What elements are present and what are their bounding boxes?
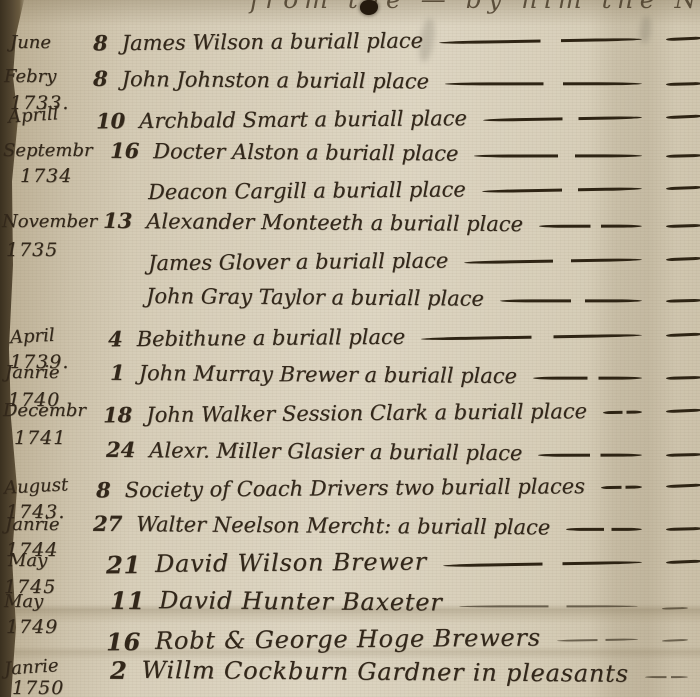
- entry-day: 4: [108, 328, 123, 350]
- margin-dash: [666, 333, 700, 338]
- trailing-dash: [533, 377, 642, 380]
- margin-dash: [666, 560, 700, 565]
- register-entry: 16 Robt & George Hoge Brewers: [106, 625, 644, 655]
- entry-day: 24: [106, 439, 135, 461]
- trailing-dash: [500, 299, 642, 302]
- register-entry: James Glover a buriall place: [148, 248, 648, 274]
- entry-text: Society of Coach Drivers two buriall pla…: [125, 475, 585, 501]
- margin-dash: [666, 484, 700, 489]
- margin-dash: [666, 257, 700, 262]
- entry-day: 10: [96, 110, 125, 132]
- trailing-dash: [483, 116, 642, 122]
- margin-dash: [666, 453, 700, 457]
- entry-year: 1750: [12, 677, 64, 697]
- register-entry: 24 Alexr. Miller Glasier a buriall place: [106, 439, 648, 465]
- register-entry: 2 Willm Cockburn Gardner in pleasants: [110, 658, 694, 688]
- entry-text: John Gray Taylor a buriall place: [146, 285, 484, 310]
- register-entry: 13 Alexander Monteeth a buriall place: [103, 210, 648, 236]
- trailing-dash: [566, 528, 642, 531]
- margin-dash: [666, 82, 700, 86]
- trailing-dash: [482, 187, 642, 193]
- register-entry: 10 Archbald Smart a buriall place: [96, 106, 648, 133]
- register-entry: 8 John Johnston a buriall place: [93, 68, 648, 94]
- trailing-dash: [459, 605, 638, 607]
- trailing-dash: [603, 411, 642, 415]
- entry-text: Willm Cockburn Gardner in pleasants: [141, 658, 628, 687]
- entry-year: 1741: [14, 427, 66, 449]
- margin-dash: [666, 409, 700, 414]
- entry-year: 1739.: [10, 351, 69, 373]
- register-entry: 16 Docter Alston a buriall place: [110, 140, 648, 166]
- register-entry: 21 David Wilson Brewer: [106, 548, 648, 578]
- entry-year: 1735: [6, 239, 58, 261]
- register-entry: 8 Society of Coach Drivers two buriall p…: [96, 475, 648, 502]
- entry-text: John Walker Session Clark a buriall plac…: [146, 400, 587, 426]
- trailing-dash: [645, 676, 688, 678]
- margin-dash: [666, 154, 700, 158]
- partial-top-line: from the — by him the No 6: [250, 0, 700, 14]
- trailing-dash: [464, 258, 642, 264]
- entry-day: 8: [93, 68, 108, 90]
- trailing-dash: [439, 38, 642, 45]
- trailing-dash: [538, 454, 642, 457]
- entry-year: 1749: [6, 616, 58, 638]
- entry-text: David Wilson Brewer: [155, 550, 427, 578]
- register-entry: 8 James Wilson a buriall place: [93, 28, 648, 55]
- margin-dash: [666, 115, 700, 120]
- entry-month: April: [9, 325, 55, 348]
- margin-dash: [666, 37, 700, 42]
- entry-day: 1: [110, 362, 125, 384]
- entry-day: 16: [110, 140, 139, 162]
- entry-text: David Hunter Baxeter: [159, 588, 443, 615]
- entry-text: James Wilson a buriall place: [122, 30, 424, 55]
- manuscript-page: from the — by him the No 6 June Febry Ap…: [0, 0, 700, 697]
- entry-month: Septembr: [3, 140, 93, 161]
- trailing-dash: [539, 225, 642, 228]
- register-entry: Deacon Cargill a buriall place: [148, 177, 648, 203]
- trailing-dash: [474, 154, 642, 157]
- margin-dash: [666, 224, 700, 228]
- entry-day: 8: [93, 32, 108, 54]
- entry-day: 2: [110, 658, 128, 683]
- trailing-dash: [445, 82, 642, 85]
- entry-year: 1733.: [10, 92, 69, 114]
- entry-text: Alexander Monteeth a buriall place: [146, 210, 523, 235]
- register-entry: 4 Bebithune a buriall place: [108, 324, 648, 351]
- entry-day: 8: [96, 479, 111, 501]
- margin-dash: [666, 527, 700, 531]
- register-entry: 27 Walter Neelson Mercht: a buriall plac…: [93, 513, 648, 539]
- entry-day: 27: [93, 513, 122, 535]
- trailing-dash: [601, 486, 642, 490]
- register-entry: 18 John Walker Session Clark a buriall p…: [103, 400, 648, 427]
- entry-day: 18: [103, 404, 132, 426]
- entry-day: 13: [103, 210, 132, 232]
- entry-month: November: [2, 211, 97, 232]
- entry-day: 21: [106, 552, 141, 577]
- entry-text: Docter Alston a buriall place: [153, 140, 458, 164]
- entry-year: 1734: [20, 165, 72, 187]
- entry-text: Alexr. Miller Glasier a buriall place: [149, 439, 522, 464]
- entry-year: 1740: [8, 389, 60, 411]
- trailing-dash: [421, 334, 642, 341]
- margin-dash: [666, 299, 700, 303]
- entry-text: John Murray Brewer a buriall place: [139, 362, 518, 387]
- entry-day: 11: [110, 588, 145, 613]
- entry-text: John Johnston a buriall place: [122, 68, 430, 92]
- entry-month: June: [10, 32, 51, 53]
- entry-text: Walter Neelson Mercht: a buriall place: [136, 513, 550, 538]
- margin-dash: [666, 186, 700, 191]
- margin-dash: [662, 607, 688, 609]
- entry-year: 1744: [6, 539, 58, 561]
- margin-dash: [666, 376, 700, 380]
- register-entry: 1 John Murray Brewer a buriall place: [110, 362, 648, 388]
- entry-year: 1745: [4, 576, 56, 598]
- entry-year: 1743.: [6, 501, 65, 523]
- trailing-dash: [443, 561, 642, 567]
- entry-text: Robt & George Hoge Brewers: [155, 626, 541, 655]
- entry-text: James Glover a buriall place: [148, 250, 448, 275]
- trailing-dash: [557, 638, 638, 641]
- entry-day: 16: [106, 629, 141, 654]
- entry-month: Febry: [4, 66, 56, 87]
- entry-text: Archbald Smart a buriall place: [139, 107, 467, 132]
- entry-month: August: [3, 474, 68, 498]
- register-entry: John Gray Taylor a buriall place: [146, 285, 648, 311]
- entry-text: Deacon Cargill a buriall place: [148, 178, 466, 203]
- margin-dash: [662, 638, 688, 641]
- register-entry: 11 David Hunter Baxeter: [110, 588, 644, 617]
- entry-text: Bebithune a buriall place: [137, 326, 406, 350]
